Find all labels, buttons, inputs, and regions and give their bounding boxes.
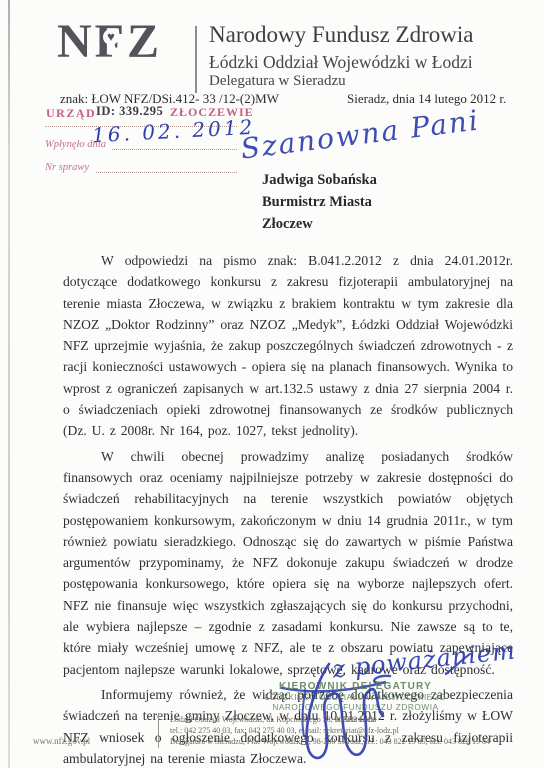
heart-icon: ♥ [103, 29, 119, 45]
recipient-block: Jadwiga Sobańska Burmistrz Miasta Złocze… [262, 169, 377, 235]
handwritten-salutation: Szanowna Pani [239, 103, 482, 165]
scanned-letter-page: NFZ ♥ Narodowy Fundusz Zdrowia Łódzki Od… [0, 0, 543, 768]
received-stamp-office: URZĄD [46, 106, 96, 121]
case-number-label: Nr sprawy [45, 162, 89, 173]
footer-address-line: Łódzki Oddział Wojewódzki, ul. Kopciński… [170, 714, 490, 725]
letter-paragraph-1: W odpowiedzi na pismo znak: B.041.2.2012… [63, 250, 513, 442]
handwritten-signature [295, 650, 430, 768]
stamp-dotted-line [112, 149, 237, 150]
footer-address-block: Łódzki Oddział Wojewódzki, ul. Kopciński… [170, 714, 490, 747]
recipient-city: Złoczew [262, 213, 377, 235]
recipient-name: Jadwiga Sobańska [262, 169, 377, 191]
footer-delegation-line: Delegatura w Sieradzu, Plac Wojewódzki 3… [170, 736, 490, 747]
footer-divider [158, 713, 159, 748]
footer-website: www.nfz.gov.pl [33, 736, 90, 746]
scan-edge-artifact [8, 0, 10, 768]
stamp-dotted-line [96, 172, 237, 173]
org-delegation: Delegatura w Sieradzu [209, 73, 346, 90]
org-name: Narodowy Fundusz Zdrowia [209, 22, 473, 48]
footer-contact-line: tel.: 042 275 40 03, fax: 042 275 40 03,… [170, 725, 490, 736]
recipient-title: Burmistrz Miasta [262, 191, 377, 213]
received-stamp-id: ID: 339.295 [96, 104, 163, 119]
letter-date: Sieradz, dnia 14 lutego 2012 r. [347, 91, 506, 107]
handwritten-received-date: 16. 02. 2012 [91, 115, 255, 148]
header-divider [195, 26, 197, 93]
org-branch: Łódzki Oddział Wojewódzki w Łodzi [209, 52, 473, 73]
